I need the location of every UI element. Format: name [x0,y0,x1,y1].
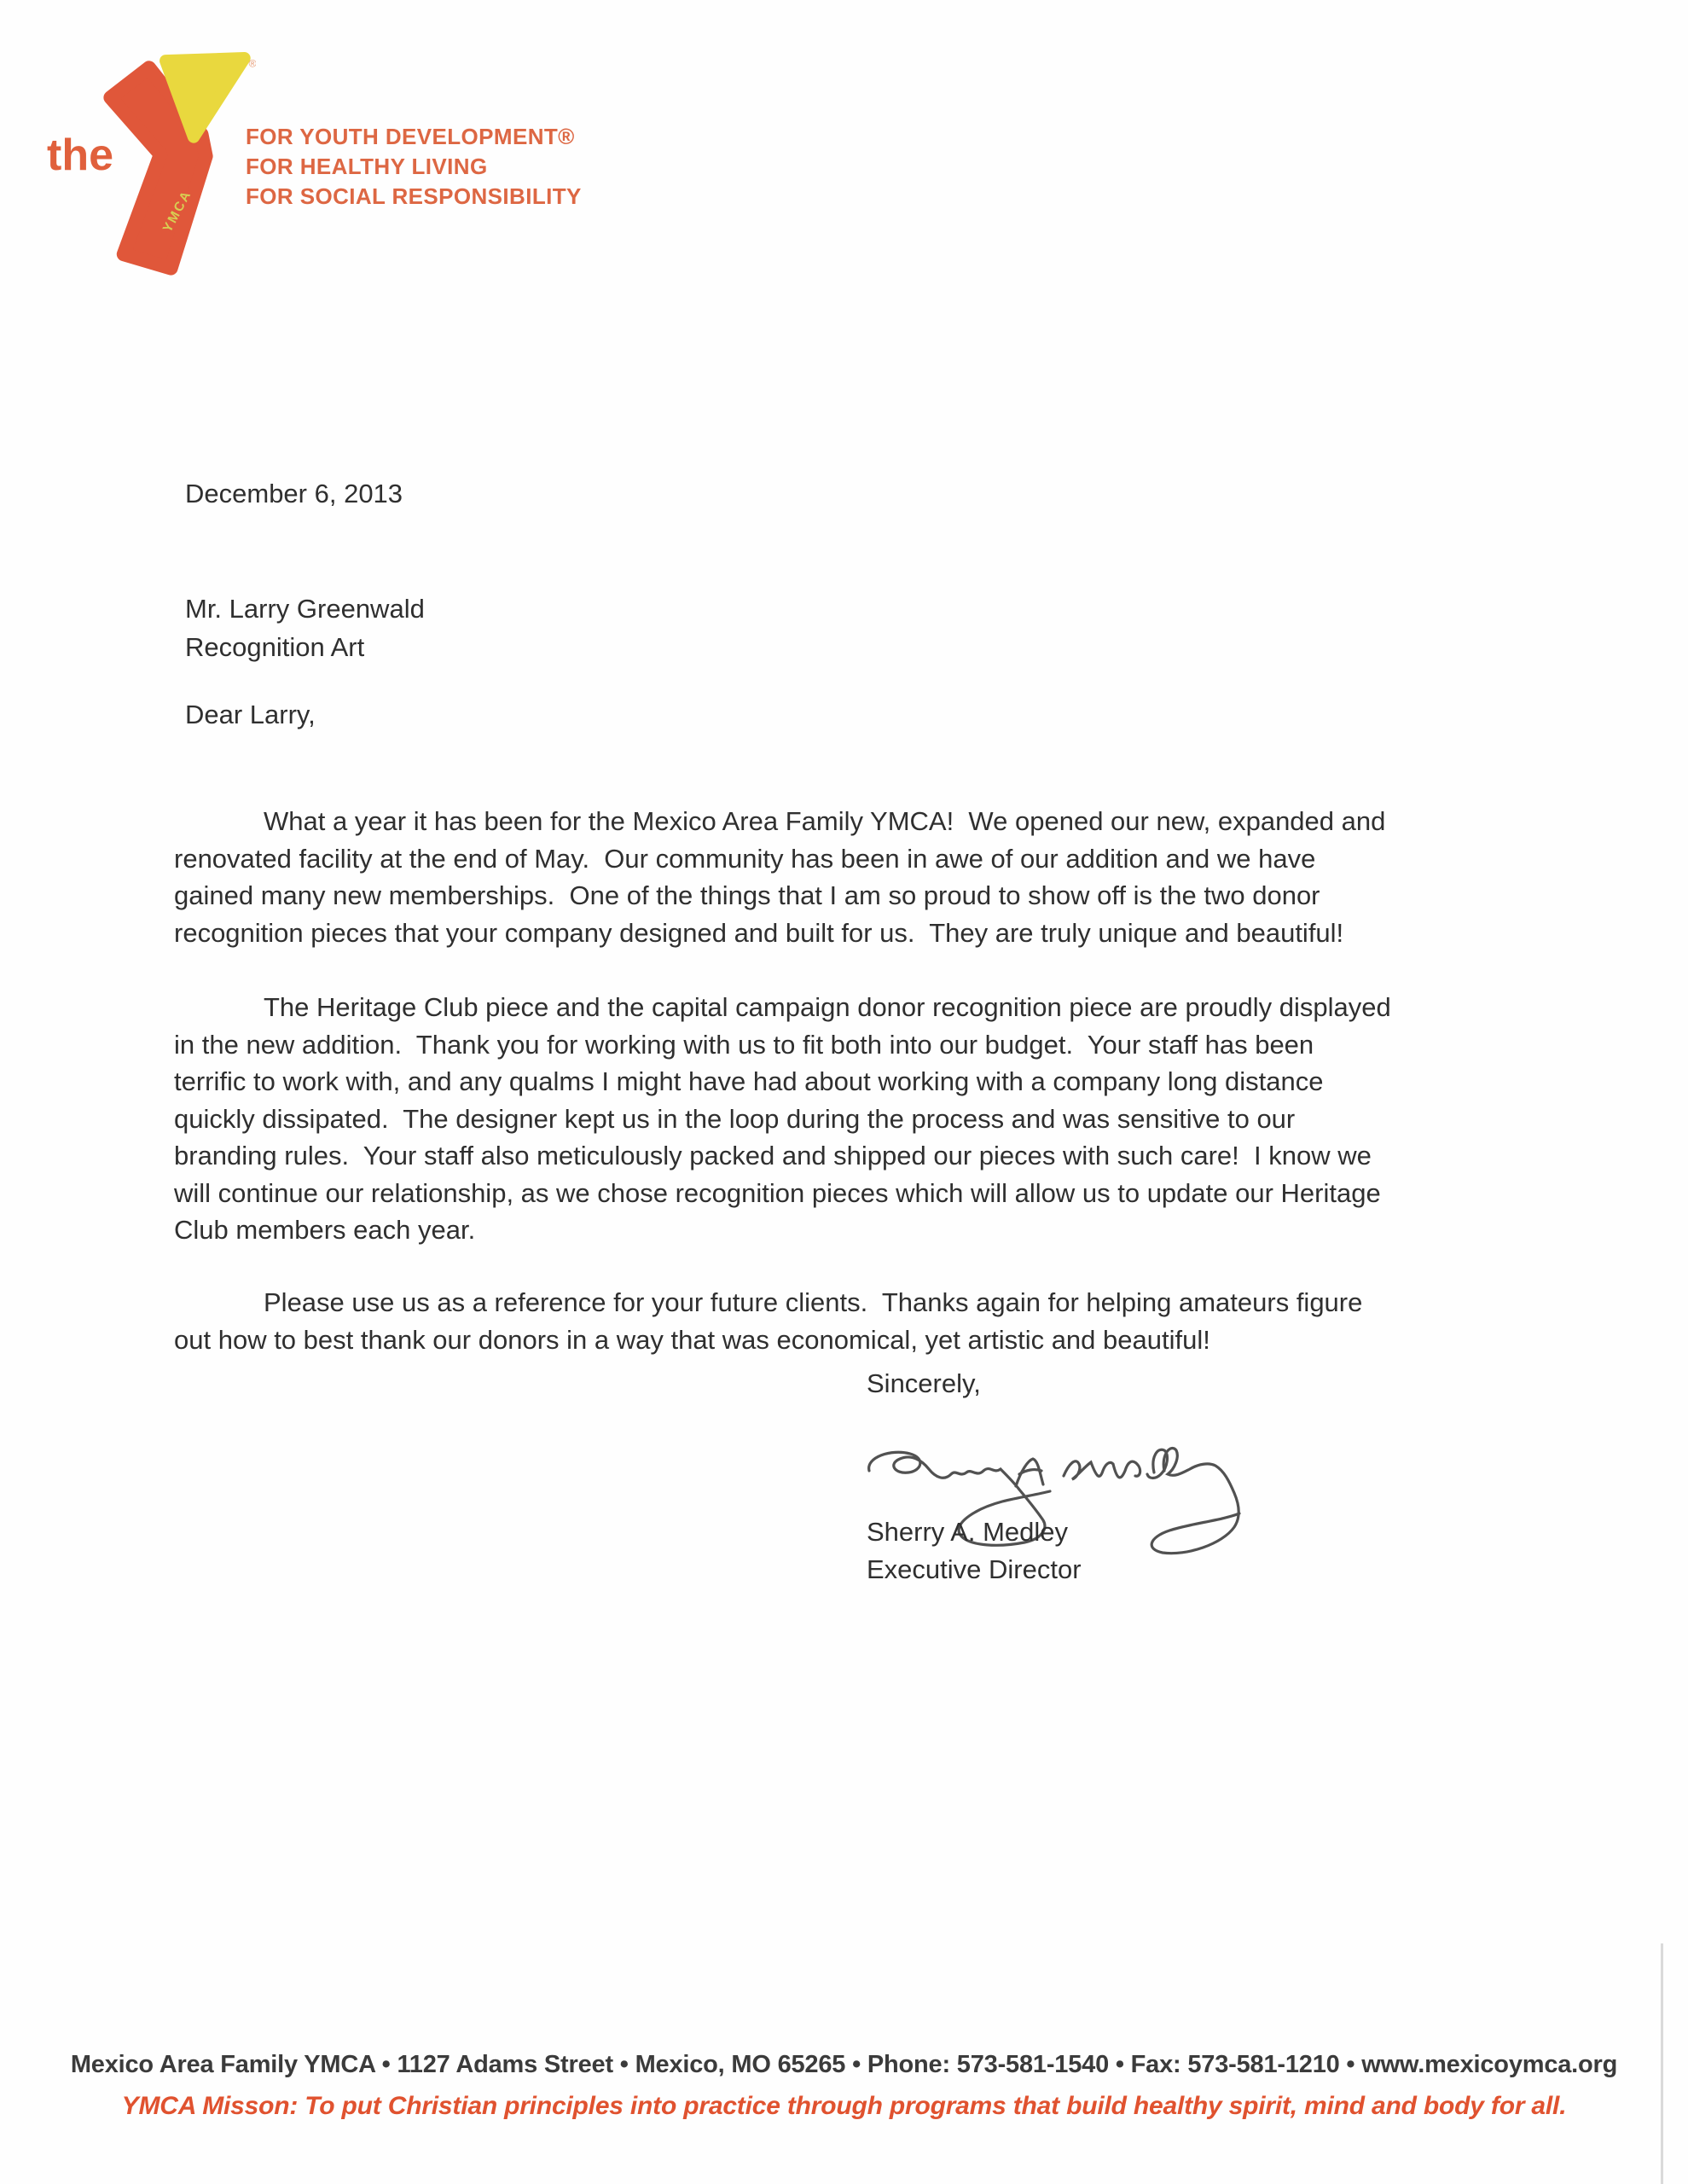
signature-stroke-lastname-2 [1147,1448,1239,1553]
tagline-line-3: FOR SOCIAL RESPONSIBILITY [246,182,582,212]
signer-title: Executive Director [867,1554,1082,1585]
scanned-letter-page: the ® YMCA FOR YOUTH DEVELOPMENT® FOR HE… [0,0,1688,2184]
signature-stroke-middle-crossbar [1019,1470,1041,1474]
ymca-y-icon: ® YMCA [94,51,256,290]
recipient-company: Recognition Art [185,628,425,666]
scan-edge-artifact [1661,1943,1663,2184]
date-line: December 6, 2013 [185,479,403,509]
recipient-block: Mr. Larry Greenwald Recognition Art [185,590,425,666]
paragraph-1: What a year it has been for the Mexico A… [174,803,1458,951]
signature-stroke-lastname-1 [1064,1461,1140,1479]
tagline-line-1: FOR YOUTH DEVELOPMENT® [246,122,582,152]
closing-sincerely: Sincerely, [867,1368,981,1399]
footer-mission-line: YMCA Misson: To put Christian principles… [0,2092,1688,2121]
logo-registered-mark: ® [249,57,256,69]
salutation: Dear Larry, [185,700,316,730]
tagline-line-2: FOR HEALTHY LIVING [246,152,582,182]
signature-stroke-middle-initial [1016,1459,1043,1486]
recipient-name: Mr. Larry Greenwald [185,590,425,628]
footer-contact-line: Mexico Area Family YMCA • 1127 Adams Str… [0,2051,1688,2079]
paragraph-2: The Heritage Club piece and the capital … [174,989,1458,1249]
paragraph-3: Please use us as a reference for your fu… [174,1284,1458,1358]
tagline: FOR YOUTH DEVELOPMENT® FOR HEALTHY LIVIN… [246,122,582,212]
signer-name: Sherry A. Medley [867,1517,1068,1548]
